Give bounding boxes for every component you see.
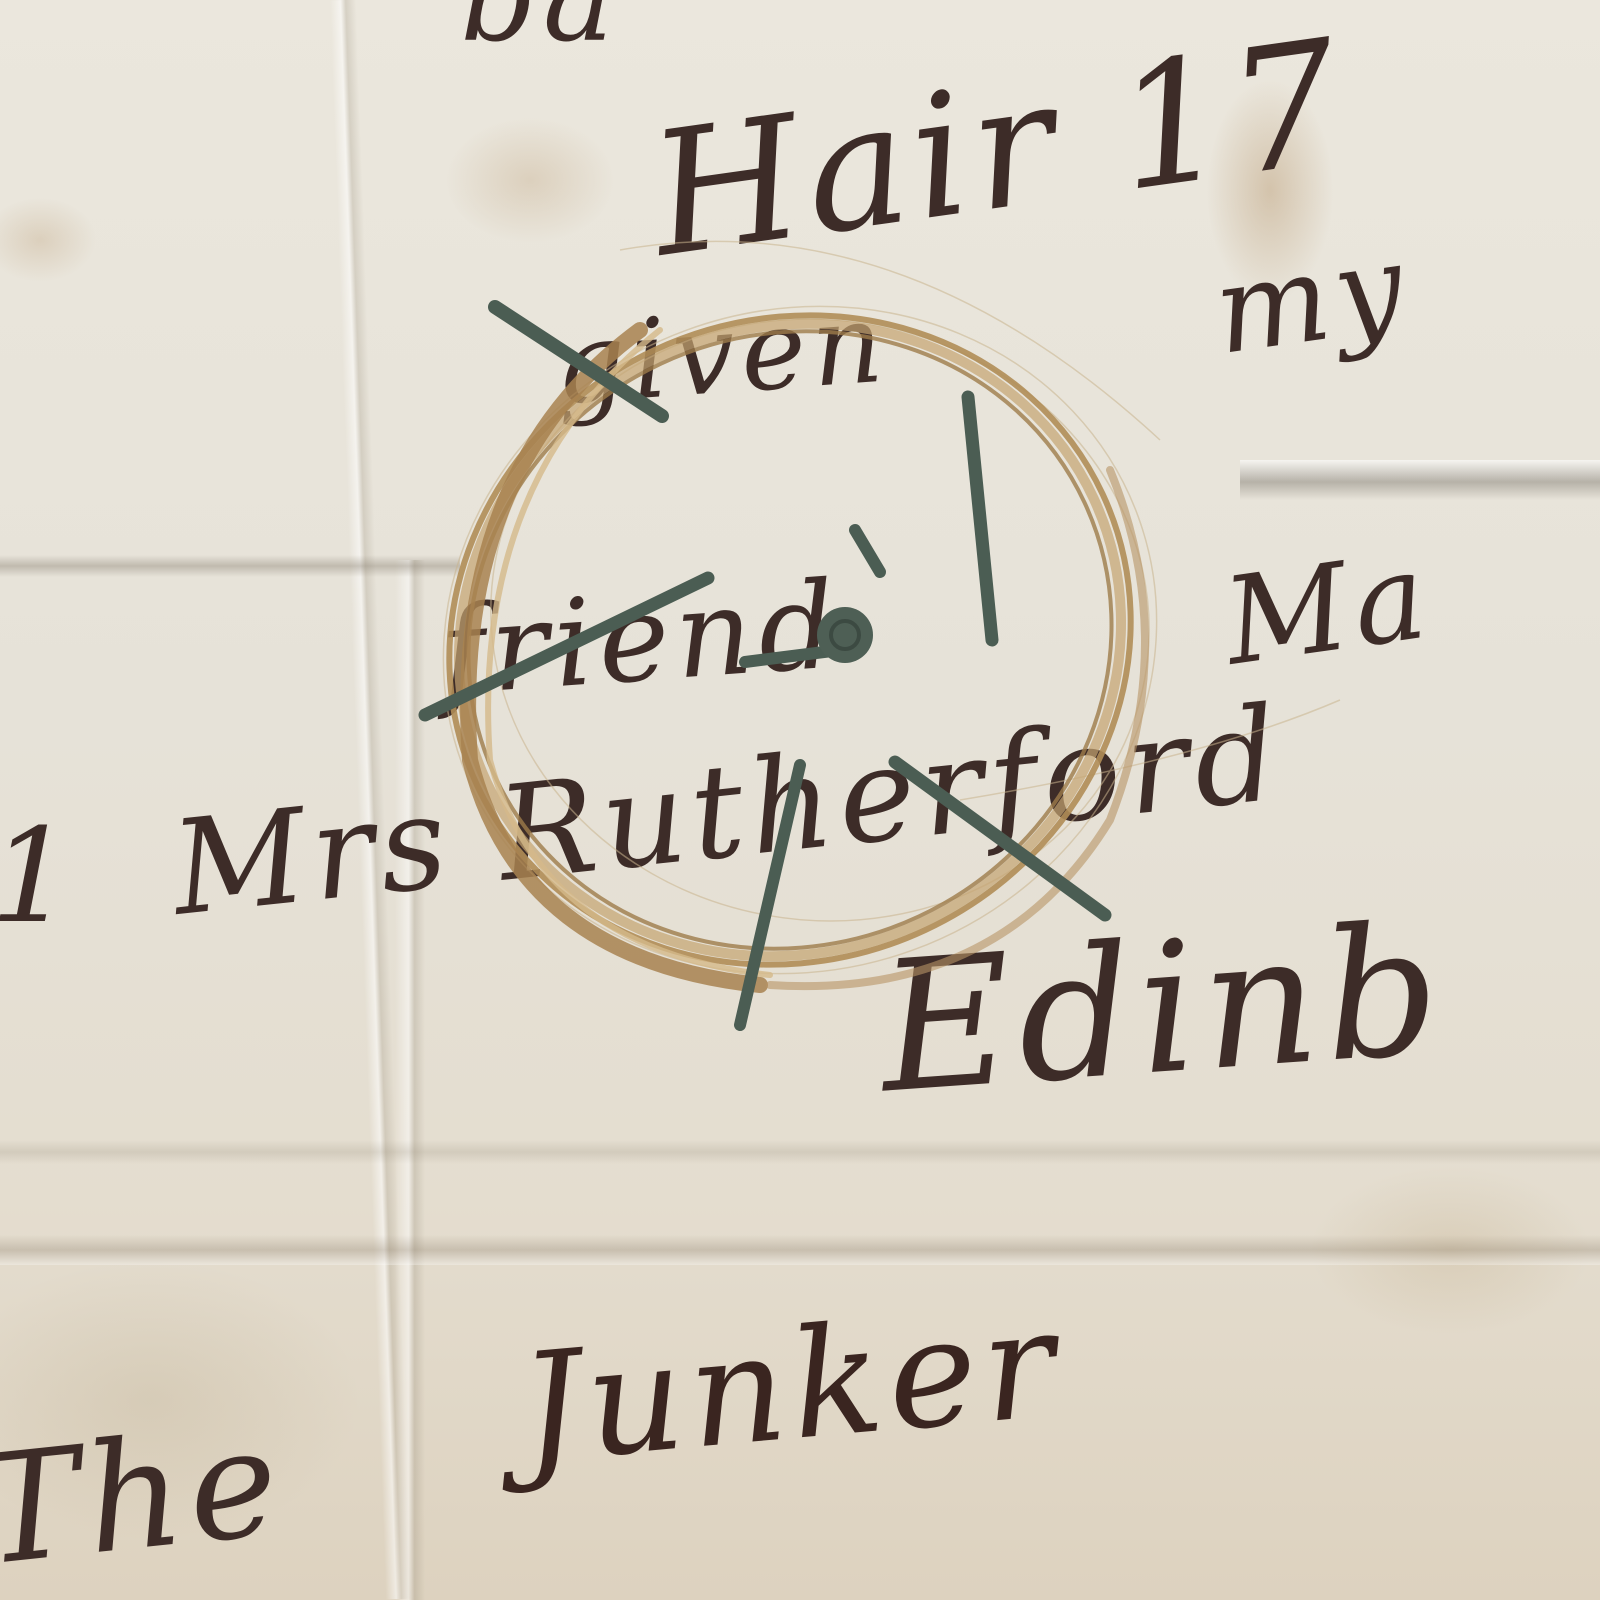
handwriting-left-fragment: 1 [0, 800, 79, 952]
handwriting-the: The [0, 1395, 292, 1600]
paper-fold [0, 1140, 1600, 1164]
document-photo: ba Hair 17 given my friend Ma 1 Mrs Ruth… [0, 0, 1600, 1600]
handwriting-friend: friend [436, 556, 846, 723]
paper-fold [330, 0, 412, 1599]
handwriting-mrs-rutherford: Mrs Rutherford [165, 677, 1290, 945]
paper-fold [1240, 460, 1600, 500]
paper-fold [0, 555, 460, 577]
thread-knot-icon [817, 607, 873, 663]
handwriting-given: given [551, 279, 893, 430]
handwriting-top-fragment: ba [460, 0, 620, 69]
hair-lock-icon [0, 0, 1600, 1600]
handwriting-edinburgh: Edinb [873, 886, 1452, 1134]
handwriting-signature: Junker [513, 1277, 1067, 1497]
handwriting-ma: Ma [1216, 526, 1440, 692]
paper-fold [0, 1235, 1600, 1265]
handwriting-my: my [1206, 217, 1417, 382]
paper-fold [395, 560, 425, 1600]
handwriting-hair-date: Hair 17 [640, 2, 1358, 295]
